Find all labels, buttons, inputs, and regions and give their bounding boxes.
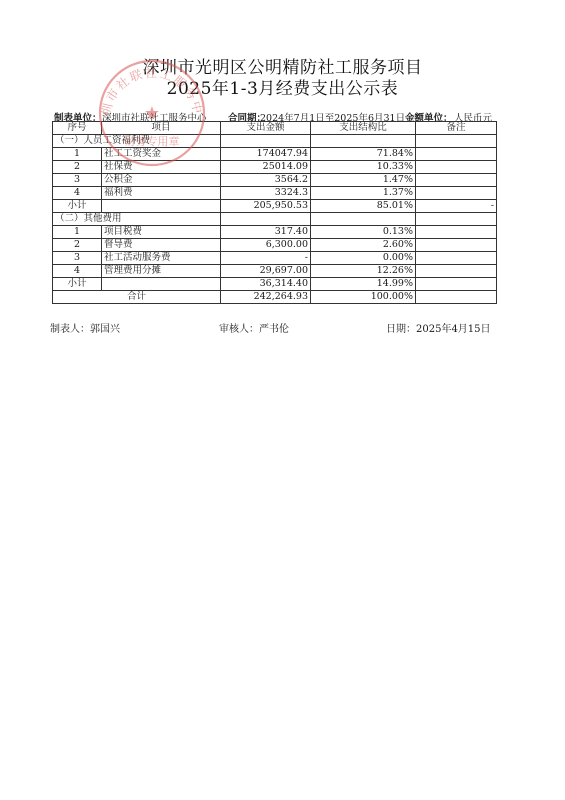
- total-ratio: 100.00%: [311, 291, 416, 304]
- table-row: 4 管理费用分摊 29,697.00 12.26%: [53, 265, 497, 278]
- table-row: 1 项目税费 317.40 0.13%: [53, 226, 497, 239]
- maker-signature: 制表人：郭国兴: [50, 320, 120, 335]
- header-no: 序号: [53, 122, 102, 135]
- total-label: 合计: [53, 291, 221, 304]
- subtotal-row: 小计 205,950.53 85.01% -: [53, 200, 497, 213]
- table-row: 3 社工活动服务费 - 0.00%: [53, 252, 497, 265]
- header-note: 备注: [416, 122, 497, 135]
- table-row: 3 公积金 3564.2 1.47%: [53, 174, 497, 187]
- subtotal-row: 小计 36,314.40 14.99%: [53, 278, 497, 291]
- section-title: （一）人员工资福利费: [53, 135, 221, 148]
- reviewer-signature: 审核人：严书伦: [219, 320, 289, 335]
- report-date: 日期：2025年4月15日: [386, 320, 491, 335]
- section-title: （二）其他费用: [53, 213, 221, 226]
- table-row: 1 社工工资奖金 174047.94 71.84%: [53, 148, 497, 161]
- total-row: 合计 242,264.93 100.00%: [53, 291, 497, 304]
- document-subtitle: 2025年1-3月经费支出公示表: [0, 74, 565, 99]
- section-row: （二）其他费用: [53, 213, 497, 226]
- header-item: 项目: [102, 122, 221, 135]
- header-amount: 支出金额: [221, 122, 311, 135]
- table-row: 4 福利费 3324.3 1.37%: [53, 187, 497, 200]
- header-row: 序号 项目 支出金额 支出结构比 备注: [53, 122, 497, 135]
- table-row: 2 督导费 6,300.00 2.60%: [53, 239, 497, 252]
- section-row: （一）人员工资福利费: [53, 135, 497, 148]
- table-row: 2 社保费 25014.09 10.33%: [53, 161, 497, 174]
- header-ratio: 支出结构比: [311, 122, 416, 135]
- total-amount: 242,264.93: [221, 291, 311, 304]
- expense-table: 序号 项目 支出金额 支出结构比 备注 （一）人员工资福利费 1 社工工资奖金 …: [52, 121, 497, 304]
